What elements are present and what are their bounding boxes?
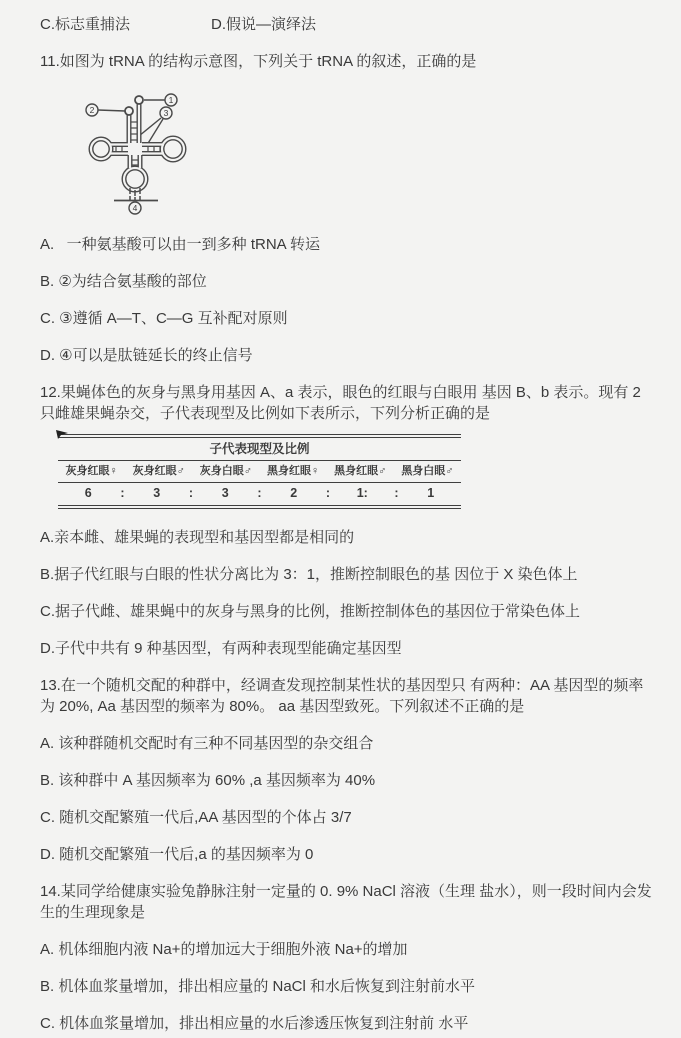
ratio-colon: : [256,486,264,501]
ratio-colon: : [119,486,127,501]
question11-option-b: B. ②为结合氨基酸的部位 [40,271,657,292]
table-value-row: 6 : 3 : 3 : 2 : 1: : 1 [58,483,461,505]
question12-option-b: B.据子代红眼与白眼的性状分离比为 3：1，推断控制眼色的基 因位于 X 染色体… [40,564,657,585]
table-header-cell: 灰身红眼♂ [125,461,192,482]
label-2: 2 [90,105,95,115]
question13-option-a: A. 该种群随机交配时有三种不同基因型的杂交组合 [40,733,657,754]
label-3: 3 [164,108,169,118]
ratio-colon: : [393,486,401,501]
ratio-colon: : [187,486,195,501]
question11-option-d: D. ④可以是肽链延长的终止信号 [40,345,657,366]
question10-options-row: C.标志重捕法 D.假说—演绎法 [40,14,657,35]
table-value-cell: 6 [58,486,119,501]
table-value-cell: 1 [401,486,462,501]
question12-option-d: D.子代中共有 9 种基因型，有两种表现型能确定基因型 [40,638,657,659]
question12-option-c: C.据子代雌、雄果蝇中的灰身与黑身的比例，推断控制体色的基因位于常染色体上 [40,601,657,622]
table-value-cell: 3 [127,486,188,501]
question14-option-c: C. 机体血浆量增加，排出相应量的水后渗透压恢复到注射前 水平 [40,1013,657,1034]
question13-option-d: D. 随机交配繁殖一代后,a 的基因频率为 0 [40,844,657,865]
scan-pen-artifact-icon [55,428,69,440]
trna-diagram: 1 2 3 4 [62,88,192,216]
option-d: D.假说—演绎法 [211,14,316,35]
offspring-phenotype-table: 子代表现型及比例 灰身红眼♀ 灰身红眼♂ 灰身白眼♂ 黑身红眼♀ 黑身红眼♂ 黑… [58,434,461,509]
table-value-cell: 3 [195,486,256,501]
label-1: 1 [169,95,174,105]
question13-stem: 13.在一个随机交配的种群中，经调查发现控制某性状的基因型只 有两种：AA 基因… [40,675,657,717]
table-header-cell: 黑身红眼♀ [260,461,327,482]
question13-option-c: C. 随机交配繁殖一代后,AA 基因型的个体占 3/7 [40,807,657,828]
question14-option-a: A. 机体细胞内液 Na+的增加远大于细胞外液 Na+的增加 [40,939,657,960]
label-4: 4 [133,203,138,213]
option-c: C.标志重捕法 [40,14,211,35]
table-value-cell: 2 [264,486,325,501]
ratio-colon: : [324,486,332,501]
table-title: 子代表现型及比例 [58,438,461,461]
question14-stem: 14.某同学给健康实验兔静脉注射一定量的 0. 9% NaCl 溶液（生理 盐水… [40,881,657,923]
exam-page: C.标志重捕法 D.假说—演绎法 11.如图为 tRNA 的结构示意图，下列关于… [0,0,681,1034]
question12-option-a: A.亲本雌、雄果蝇的表现型和基因型都是相同的 [40,527,657,548]
table-header-cell: 灰身红眼♀ [58,461,125,482]
question13-option-b: B. 该种群中 A 基因频率为 60% ,a 基因频率为 40% [40,770,657,791]
question11-option-c: C. ③遵循 A—T、C—G 互补配对原则 [40,308,657,329]
table-header-cell: 灰身白眼♂ [192,461,259,482]
question11-stem: 11.如图为 tRNA 的结构示意图，下列关于 tRNA 的叙述，正确的是 [40,51,657,72]
table-header-cell: 黑身白眼♂ [394,461,461,482]
table-value-cell: 1: [332,486,393,501]
table-header-cell: 黑身红眼♂ [327,461,394,482]
question11-option-a: A. 一种氨基酸可以由一到多种 tRNA 转运 [40,234,657,255]
table-header-row: 灰身红眼♀ 灰身红眼♂ 灰身白眼♂ 黑身红眼♀ 黑身红眼♂ 黑身白眼♂ [58,461,461,483]
question12-stem: 12.果蝇体色的灰身与黑身用基因 A、a 表示，眼色的红眼与白眼用 基因 B、b… [40,382,657,424]
question14-option-b: B. 机体血浆量增加，排出相应量的 NaCl 和水后恢复到注射前水平 [40,976,657,997]
trna-cloverleaf-diagram-icon: 1 2 3 4 [62,88,192,216]
